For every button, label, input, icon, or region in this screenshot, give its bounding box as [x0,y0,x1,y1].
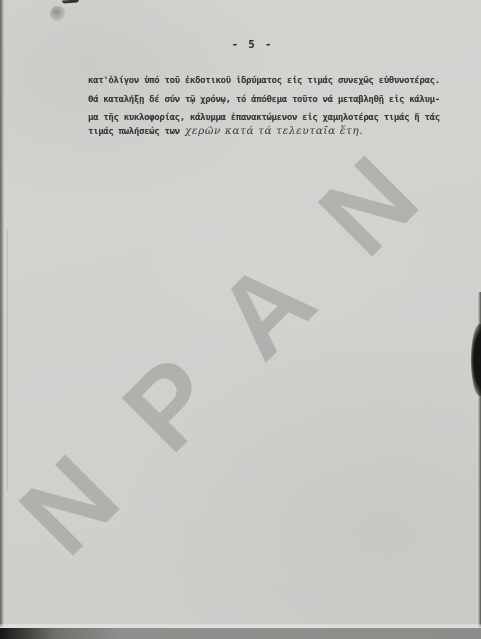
text-line: τιμάς πωλήσεώς των χερῶν κατά τά τελευτα… [88,125,363,137]
left-scan-edge-shadow [0,0,4,639]
handwritten-fragment: χερῶν κατά τά τελευταῖα ἔτη. [185,125,363,137]
text-line: Θά καταλήξῃ δέ σύν τῷ χρόνῳ, τό ἀπόθεμα … [88,95,440,105]
text-line: μα τῆς κυκλοφορίας, κάλυμμα ἐπανακτώμενο… [88,113,440,123]
paper-crease-line [7,230,8,490]
scanner-background-strip [0,628,481,639]
text-line: κατ'ὀλίγον ὑπό τοῦ ἐκδοτικοῦ ἱδρύματος ε… [88,76,440,86]
scanned-document-page: ΝΡΑΝ - 5 - κατ'ὀλίγον ὑπό τοῦ ἐκδοτικοῦ … [0,0,481,639]
typed-fragment: τιμάς πωλήσεώς των [88,127,185,137]
page-number: - 5 - [0,39,481,51]
